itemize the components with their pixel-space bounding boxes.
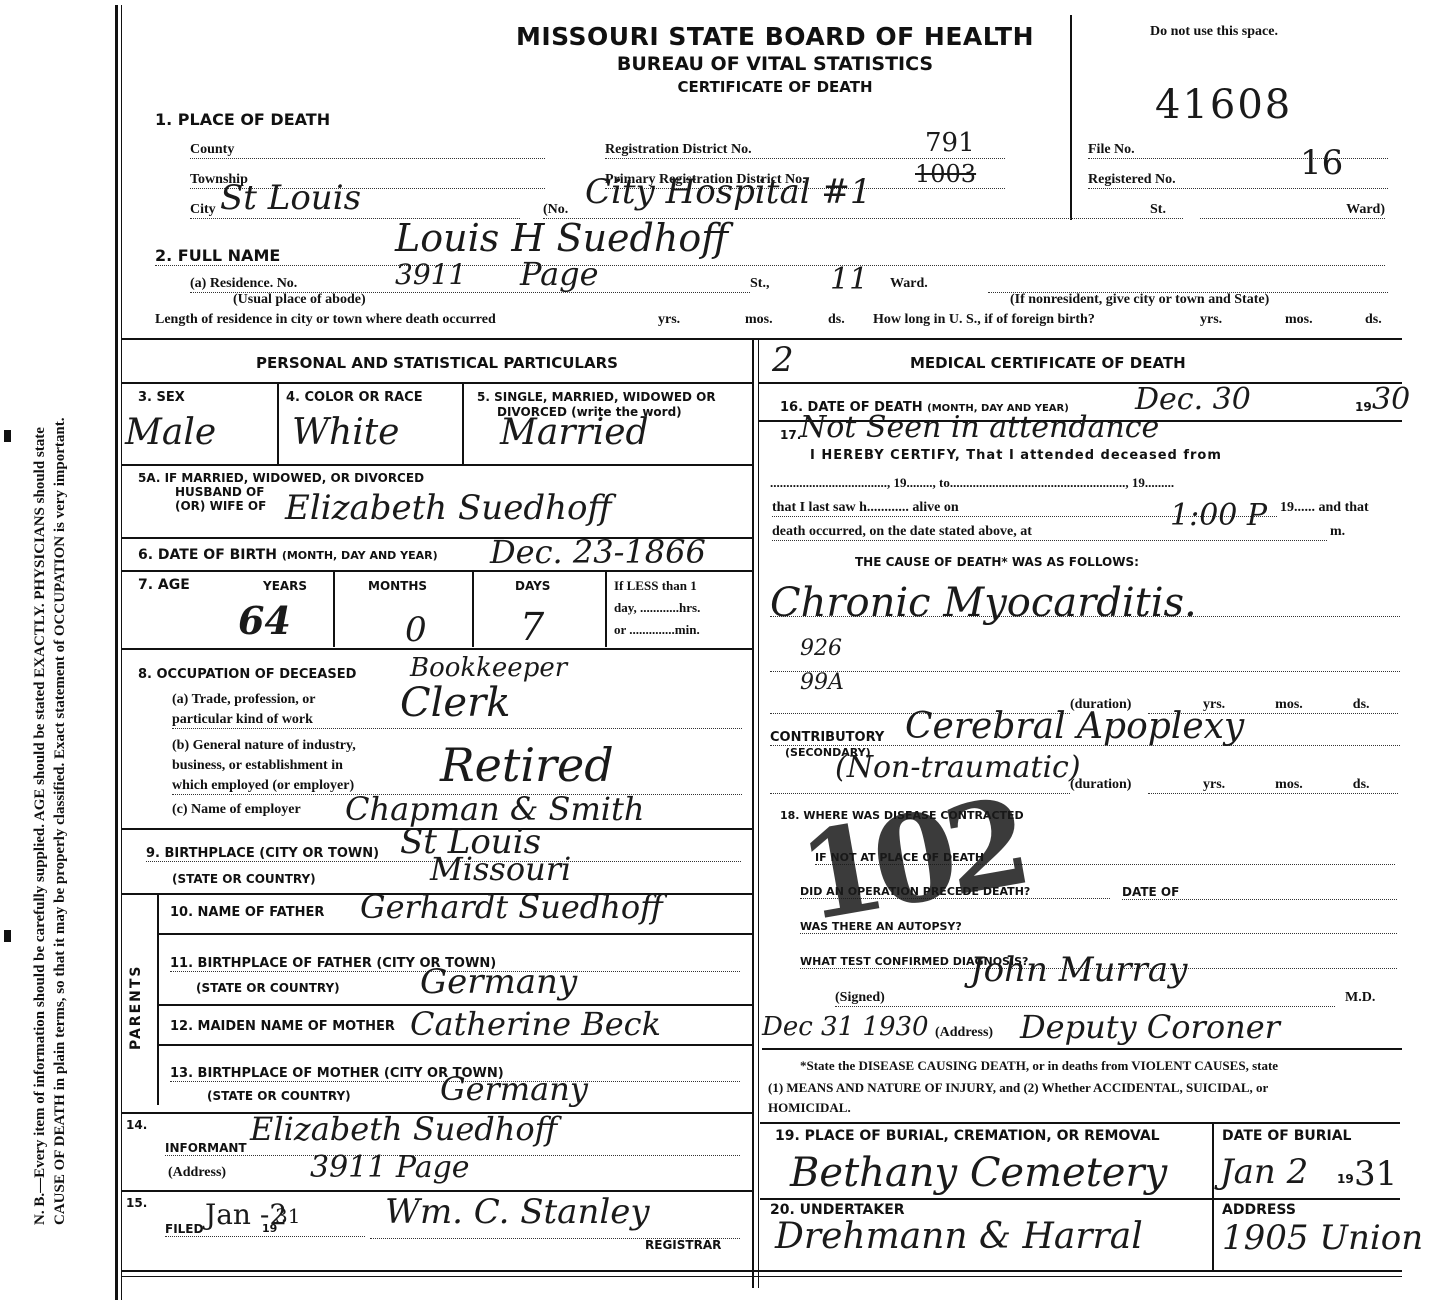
file-no-label: File No. <box>1088 142 1135 157</box>
side-note-line1: N. B.—Every item of information should b… <box>32 427 49 1225</box>
rule <box>333 572 335 647</box>
attendance-dates[interactable]: ...................................., 19… <box>770 475 1174 491</box>
nonresident-note: (If nonresident, give city or town and S… <box>1010 292 1269 308</box>
dob-label: 6. DATE OF BIRTH (MONTH, DAY AND YEAR) <box>138 547 438 563</box>
residence-street: Page <box>520 255 599 293</box>
m-label: m. <box>1330 524 1345 540</box>
cause-title: THE CAUSE OF DEATH* WAS AS FOLLOWS: <box>855 555 1139 569</box>
burial-date-value[interactable]: Jan 2 <box>1220 1152 1308 1192</box>
undertaker-value[interactable]: Drehmann & Harral <box>775 1216 1143 1257</box>
ward-value: 11 <box>830 262 868 297</box>
medical-section-title: MEDICAL CERTIFICATE OF DEATH <box>910 354 1186 372</box>
margin-mark: 2 <box>772 340 794 380</box>
nonresident-field[interactable] <box>988 276 1388 293</box>
cause-line-2[interactable] <box>770 655 1400 672</box>
item-17-number: 17. <box>780 428 801 442</box>
informant-address-value[interactable]: 3911 Page <box>310 1150 470 1185</box>
years-label: YEARS <box>263 579 307 593</box>
rule <box>159 933 752 935</box>
rule <box>762 1048 1402 1050</box>
occupation-label: 8. OCCUPATION OF DECEASED <box>138 667 356 682</box>
rule <box>122 382 752 384</box>
binder-mark <box>4 930 11 942</box>
father-state-value[interactable]: Germany <box>420 962 577 1002</box>
father-name-label: 10. NAME OF FATHER <box>170 905 324 920</box>
filed-number: 15. <box>126 1196 147 1210</box>
footnote-3: HOMICIDAL. <box>768 1100 851 1116</box>
ds-label: ds. <box>1353 777 1370 792</box>
signed-field[interactable]: (Signed) <box>835 990 1335 1007</box>
attendance-note: Not Seen in attendance <box>800 410 1159 445</box>
informant-label: INFORMANT <box>165 1141 247 1155</box>
spouse-label-2: HUSBAND OF <box>175 485 264 499</box>
city-label: City <box>190 202 216 217</box>
rule <box>122 464 752 466</box>
footnote-1: *State the DISEASE CAUSING DEATH, or in … <box>800 1058 1278 1074</box>
binder-mark <box>4 430 11 442</box>
bottom-border <box>122 1270 1402 1272</box>
spouse-label-1: 5A. IF MARRIED, WIDOWED, OR DIVORCED <box>138 471 424 485</box>
cause-code-1: 926 <box>800 636 842 661</box>
county-field[interactable]: County <box>190 142 545 159</box>
full-name-label: 2. FULL NAME <box>155 246 280 265</box>
hospital-value: City Hospital #1 <box>585 172 872 212</box>
st-label: St. <box>1150 202 1166 218</box>
rule <box>759 382 1402 384</box>
sex-value[interactable]: Male <box>125 412 216 453</box>
page-subtitle: BUREAU OF VITAL STATISTICS <box>480 53 1070 75</box>
primary-registration-value: 1003 <box>915 160 976 188</box>
time-of-death-label: death occurred, on the date stated above… <box>772 524 1032 539</box>
age-days-value[interactable]: 7 <box>520 605 544 649</box>
time-of-death-value: 1:00 P <box>1170 498 1267 533</box>
registration-district-label: Registration District No. <box>605 142 752 157</box>
signed-label: (Signed) <box>835 990 885 1005</box>
marital-value[interactable]: Married <box>500 412 649 453</box>
section-divider <box>122 338 1402 340</box>
personal-section-title: PERSONAL AND STATISTICAL PARTICULARS <box>122 354 752 372</box>
operation-date-field[interactable]: DATE OF <box>1122 885 1397 900</box>
marital-label: 5. SINGLE, MARRIED, WIDOWED OR <box>477 390 716 404</box>
operation-date-label: DATE OF <box>1122 885 1179 899</box>
ward-field[interactable]: Ward) <box>1200 202 1385 219</box>
length-of-residence-label: Length of residence in city or town wher… <box>155 312 496 328</box>
rule <box>462 384 464 464</box>
mother-name-label: 12. MAIDEN NAME OF MOTHER <box>170 1019 395 1034</box>
bottom-border-inner <box>122 1276 1402 1277</box>
age-years-value[interactable]: 64 <box>238 598 291 643</box>
birthplace-label: 9. BIRTHPLACE (CITY OR TOWN) <box>146 846 379 861</box>
ds-label: ds. <box>1365 312 1382 328</box>
rule <box>760 1122 1400 1124</box>
last-saw-label: that I last saw h............ alive on <box>772 500 959 515</box>
dod-year[interactable]: 30 <box>1372 382 1410 417</box>
days-label: DAYS <box>515 579 550 593</box>
spouse-value[interactable]: Elizabeth Suedhoff <box>285 488 612 528</box>
filed-label: FILED <box>165 1222 203 1236</box>
informant-number: 14. <box>126 1118 147 1132</box>
cause-code-2: 99A <box>800 670 844 695</box>
race-value[interactable]: White <box>292 412 399 453</box>
county-label: County <box>190 142 234 157</box>
dob-value[interactable]: Dec. 23-1866 <box>490 533 706 571</box>
yrs-label: yrs. <box>1200 312 1222 328</box>
column-divider <box>752 338 754 1288</box>
contributory-label: CONTRIBUTORY <box>770 730 884 745</box>
physician-signature: John Murray <box>970 950 1187 990</box>
registered-no-value: 16 <box>1300 143 1343 183</box>
border-left <box>115 5 118 1300</box>
registrar-label: REGISTRAR <box>645 1238 721 1252</box>
undertaker-address-value[interactable]: 1905 Union <box>1222 1218 1423 1258</box>
less-than-label: If LESS than 1 <box>614 578 697 594</box>
burial-year-prefix: 19 <box>1337 1172 1354 1186</box>
certificate-number: 41608 <box>1155 82 1292 128</box>
trade-value: Clerk <box>400 680 510 726</box>
md-label: M.D. <box>1345 990 1375 1006</box>
ward-label: Ward. <box>890 276 928 292</box>
footnote-2: (1) MEANS AND NATURE OF INJURY, and (2) … <box>768 1080 1268 1096</box>
undertaker-address-label: ADDRESS <box>1222 1202 1296 1218</box>
registered-no-label: Registered No. <box>1088 172 1176 187</box>
us-residence-label: How long in U. S., if of foreign birth? <box>873 312 1095 328</box>
burial-place-label: 19. PLACE OF BURIAL, CREMATION, OR REMOV… <box>775 1128 1160 1144</box>
trade-label-1: (a) Trade, profession, or <box>172 692 316 708</box>
ds-label: ds. <box>1353 697 1370 712</box>
place-of-death-label: 1. PLACE OF DEATH <box>155 110 330 129</box>
race-label: 4. COLOR OR RACE <box>286 390 423 405</box>
physician-address-label: (Address) <box>935 1025 993 1041</box>
age-label: 7. AGE <box>138 577 190 593</box>
minutes-field[interactable]: or ..............min. <box>614 622 700 638</box>
birth-state-label: (STATE OR COUNTRY) <box>172 872 316 886</box>
yrs-label: yrs. <box>1203 777 1225 792</box>
street-label: St., <box>750 276 769 292</box>
burial-place-value[interactable]: Bethany Cemetery <box>790 1150 1167 1196</box>
dod-year-prefix: 19 <box>1355 400 1372 414</box>
page-title: MISSOURI STATE BOARD OF HEALTH <box>480 22 1070 51</box>
parents-label: PARENTS <box>128 964 144 1050</box>
rule <box>277 384 279 464</box>
header-divider <box>1070 15 1072 220</box>
full-name-value: Louis H Suedhoff <box>395 216 728 260</box>
mos-label: mos. <box>745 312 773 328</box>
age-months-value[interactable]: 0 <box>405 610 427 650</box>
sex-label: 3. SEX <box>138 390 185 405</box>
signature-date: Dec 31 1930 <box>762 1012 929 1042</box>
mos-label: mos. <box>1275 777 1303 792</box>
rule <box>760 1198 1400 1200</box>
mother-state-label: (STATE OR COUNTRY) <box>207 1089 351 1103</box>
rule <box>472 572 474 647</box>
residence-sub: (Usual place of abode) <box>233 292 366 308</box>
spouse-label-3: (OR) WIFE OF <box>175 499 266 513</box>
yrs-label: yrs. <box>658 312 680 328</box>
industry-label-1: (b) General nature of industry, <box>172 738 356 754</box>
cause-of-death-value: Chronic Myocarditis. <box>770 580 1197 626</box>
burial-year[interactable]: 31 <box>1354 1154 1397 1194</box>
informant-value: Elizabeth Suedhoff <box>250 1110 557 1148</box>
informant-address-label: (Address) <box>168 1165 226 1181</box>
no-label: (No. <box>543 202 568 217</box>
border-left-inner <box>121 5 122 1300</box>
residence-label: (a) Residence. No. <box>190 276 297 291</box>
residence-field[interactable]: (a) Residence. No. <box>190 276 750 293</box>
certify-statement: I HEREBY CERTIFY, That I attended deceas… <box>810 448 1222 463</box>
side-note-line2: CAUSE OF DEATH in plain terms, so that i… <box>52 418 69 1225</box>
physician-address-value[interactable]: Deputy Coroner <box>1020 1008 1280 1046</box>
rule <box>605 572 607 647</box>
industry-label-3: which employed (or employer) <box>172 778 354 793</box>
city-value: St Louis <box>220 178 361 218</box>
duration-field-2[interactable]: yrs.mos.ds. <box>1148 777 1398 794</box>
mother-name-value[interactable]: Catherine Beck <box>410 1005 661 1043</box>
ward-label: Ward) <box>1346 202 1385 217</box>
burial-date-label: DATE OF BURIAL <box>1222 1128 1351 1144</box>
mother-state-value[interactable]: Germany <box>440 1070 588 1108</box>
registrar-signature: Wm. C. Stanley <box>385 1192 650 1232</box>
mos-label: mos. <box>1285 312 1313 328</box>
filed-year: 31 <box>275 1204 300 1228</box>
do-not-use-note: Do not use this space. <box>1150 24 1278 40</box>
full-name-field[interactable]: 2. FULL NAME <box>155 246 1385 266</box>
months-label: MONTHS <box>368 579 427 593</box>
last-saw-tail: 19...... and that <box>1280 500 1369 516</box>
father-state-label: (STATE OR COUNTRY) <box>196 981 340 995</box>
rule <box>122 570 752 572</box>
residence-number: 3911 <box>395 258 466 291</box>
father-name-value[interactable]: Gerhardt Suedhoff <box>360 888 663 926</box>
document-type: CERTIFICATE OF DEATH <box>480 78 1070 96</box>
ds-label: ds. <box>828 312 845 328</box>
rule <box>157 895 159 1105</box>
birth-state-value[interactable]: Missouri <box>430 850 571 888</box>
rule <box>122 648 752 650</box>
occupation-value[interactable]: Bookkeeper <box>410 653 567 683</box>
industry-label-2: business, or establishment in <box>172 758 343 774</box>
rule <box>159 1044 752 1046</box>
registration-district-value: 791 <box>925 128 975 158</box>
industry-value: Retired <box>440 738 614 792</box>
employer-label: (c) Name of employer <box>172 802 301 818</box>
column-divider-inner <box>758 338 759 1288</box>
contributory-value: Cerebral Apoplexy <box>905 706 1244 747</box>
hours-field[interactable]: day, ............hrs. <box>614 600 700 616</box>
mos-label: mos. <box>1275 697 1303 712</box>
duration-label: (duration) <box>1070 777 1131 793</box>
trade-label-2: particular kind of work <box>172 712 313 727</box>
